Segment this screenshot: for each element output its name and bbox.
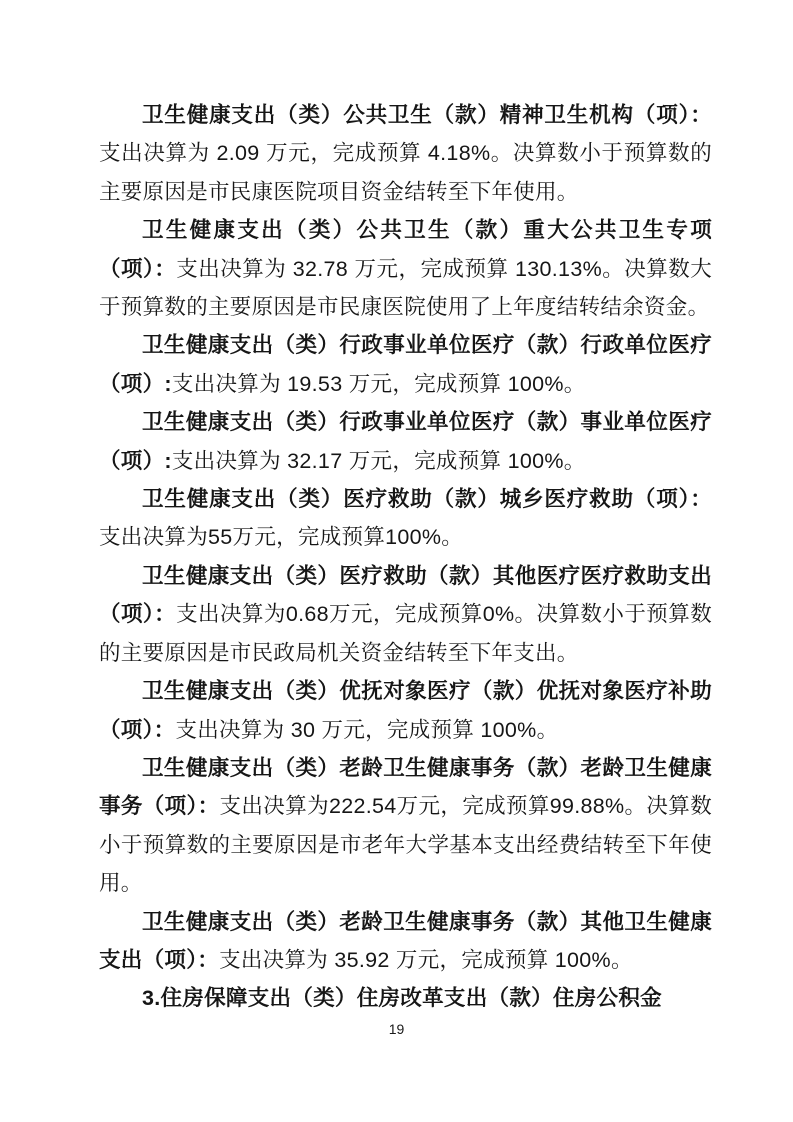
budget-paragraph: 卫生健康支出（类）老龄卫生健康事务（款）老龄卫生健康事务（项）：支出决算为222… [99,749,712,903]
budget-paragraph: 卫生健康支出（类）优抚对象医疗（款）优抚对象医疗补助（项）：支出决算为 30 万… [99,672,712,749]
paragraph-heading: 卫生健康支出（类）公共卫生（款）精神卫生机构（项）： [142,103,712,127]
paragraph-heading: 3.住房保障支出（类）住房改革支出（款）住房公积金 [142,986,662,1010]
budget-paragraph: 卫生健康支出（类）行政事业单位医疗（款）行政单位医疗（项）:支出决算为 19.5… [99,326,712,403]
paragraph-body: 支出决算为0.68万元，完成预算0%。决算数小于预算数的主要原因是市民政局机关资… [99,602,712,664]
budget-paragraph: 3.住房保障支出（类）住房改革支出（款）住房公积金 [99,979,712,1017]
paragraph-body: 支出决算为 35.92 万元，完成预算 100%。 [219,948,633,972]
budget-paragraph: 卫生健康支出（类）医疗救助（款）城乡医疗救助（项）：支出决算为55万元，完成预算… [99,480,712,557]
paragraph-body: 支出决算为 19.53 万元，完成预算 100%。 [172,372,586,396]
paragraph-body: 支出决算为 30 万元，完成预算 100%。 [175,718,558,742]
document-page: 卫生健康支出（类）公共卫生（款）精神卫生机构（项）：支出决算为 2.09 万元，… [0,0,793,1122]
paragraph-body: 支出决算为 2.09 万元，完成预算 4.18%。决算数小于预算数的主要原因是市… [99,141,712,203]
budget-paragraph: 卫生健康支出（类）行政事业单位医疗（款）事业单位医疗（项）:支出决算为 32.1… [99,403,712,480]
page-content: 卫生健康支出（类）公共卫生（款）精神卫生机构（项）：支出决算为 2.09 万元，… [99,96,712,1018]
budget-paragraph: 卫生健康支出（类）老龄卫生健康事务（款）其他卫生健康支出（项）：支出决算为 35… [99,903,712,980]
budget-paragraph: 卫生健康支出（类）公共卫生（款）精神卫生机构（项）：支出决算为 2.09 万元，… [99,96,712,211]
paragraph-body: 支出决算为55万元，完成预算100%。 [99,525,463,549]
paragraph-body: 支出决算为 32.78 万元，完成预算 130.13%。决算数大于预算数的主要原… [99,257,712,319]
budget-paragraph: 卫生健康支出（类）医疗救助（款）其他医疗医疗救助支出（项）：支出决算为0.68万… [99,557,712,672]
page-number: 19 [0,1021,793,1037]
budget-paragraph: 卫生健康支出（类）公共卫生（款）重大公共卫生专项（项）：支出决算为 32.78 … [99,211,712,326]
paragraph-heading: 卫生健康支出（类）医疗救助（款）城乡医疗救助（项）： [142,487,712,511]
paragraph-body: 支出决算为 32.17 万元，完成预算 100%。 [172,449,586,473]
